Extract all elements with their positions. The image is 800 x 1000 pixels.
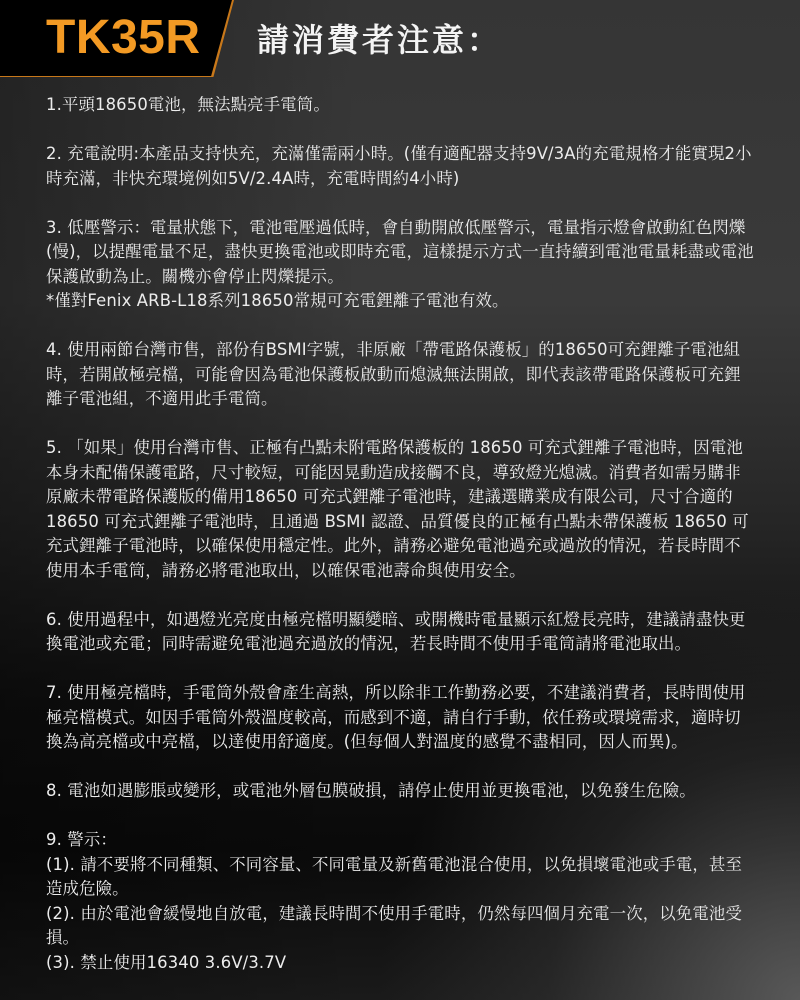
- notice-page: TK35R 請消費者注意： 1.平頭18650電池，無法點亮手電筒。 2. 充電…: [0, 0, 800, 1000]
- notice-item-6: 6. 使用過程中，如遇燈光亮度由極亮檔明顯變暗、或開機時電量顯示紅燈長亮時，建議…: [46, 608, 756, 657]
- notice-footnote: *僅對Fenix ARB-L18系列18650常規可充電鋰離子電池有效。: [46, 289, 756, 314]
- warning-item-3: (3). 禁止使用16340 3.6V/3.7V: [46, 951, 756, 976]
- notice-item-3: 3. 低壓警示：電量狀態下，電池電壓過低時，會自動開啟低壓警示，電量指示燈會啟動…: [46, 216, 756, 314]
- notice-item-9: 9. 警示： (1). 請不要將不同種類、不同容量、不同電量及新舊電池混合使用，…: [46, 828, 756, 975]
- warning-item-2: (2). 由於電池會緩慢地自放電，建議長時間不使用手電時，仍然每四個月充電一次，…: [46, 902, 756, 951]
- notice-text: 8. 電池如遇膨脹或變形，或電池外層包膜破損，請停止使用並更換電池，以免發生危險…: [46, 779, 756, 804]
- notice-text: 7. 使用極亮檔時，手電筒外殼會產生高熱，所以除非工作勤務必要，不建議消費者，長…: [46, 681, 756, 755]
- model-name: TK35R: [46, 8, 201, 68]
- model-badge: TK35R: [0, 0, 232, 76]
- notice-text: 5. 「如果」使用台灣市售、正極有凸點未附電路保護板的 18650 可充式鋰離子…: [46, 436, 756, 583]
- notice-text: 3. 低壓警示：電量狀態下，電池電壓過低時，會自動開啟低壓警示，電量指示燈會啟動…: [46, 216, 756, 290]
- page-title: 請消費者注意：: [257, 16, 502, 64]
- notice-item-1: 1.平頭18650電池，無法點亮手電筒。: [46, 93, 756, 118]
- notice-item-2: 2. 充電說明:本產品支持快充，充滿僅需兩小時。(僅有適配器支持9V/3A的充電…: [46, 142, 756, 191]
- notice-item-8: 8. 電池如遇膨脹或變形，或電池外層包膜破損，請停止使用並更換電池，以免發生危險…: [46, 779, 756, 804]
- notice-item-7: 7. 使用極亮檔時，手電筒外殼會產生高熱，所以除非工作勤務必要，不建議消費者，長…: [46, 681, 756, 755]
- notice-list: 1.平頭18650電池，無法點亮手電筒。 2. 充電說明:本產品支持快充，充滿僅…: [0, 76, 800, 975]
- notice-text: 1.平頭18650電池，無法點亮手電筒。: [46, 93, 756, 118]
- notice-item-4: 4. 使用兩節台灣市售，部份有BSMI字號，非原廠「帶電路保護板」的18650可…: [46, 338, 756, 412]
- notice-item-5: 5. 「如果」使用台灣市售、正極有凸點未附電路保護板的 18650 可充式鋰離子…: [46, 436, 756, 583]
- warning-item-1: (1). 請不要將不同種類、不同容量、不同電量及新舊電池混合使用，以免損壞電池或…: [46, 853, 756, 902]
- notice-text: 4. 使用兩節台灣市售，部份有BSMI字號，非原廠「帶電路保護板」的18650可…: [46, 338, 756, 412]
- notice-text: 6. 使用過程中，如遇燈光亮度由極亮檔明顯變暗、或開機時電量顯示紅燈長亮時，建議…: [46, 608, 756, 657]
- notice-heading: 9. 警示：: [46, 828, 756, 853]
- header: TK35R 請消費者注意：: [0, 0, 800, 76]
- notice-text: 2. 充電說明:本產品支持快充，充滿僅需兩小時。(僅有適配器支持9V/3A的充電…: [46, 142, 756, 191]
